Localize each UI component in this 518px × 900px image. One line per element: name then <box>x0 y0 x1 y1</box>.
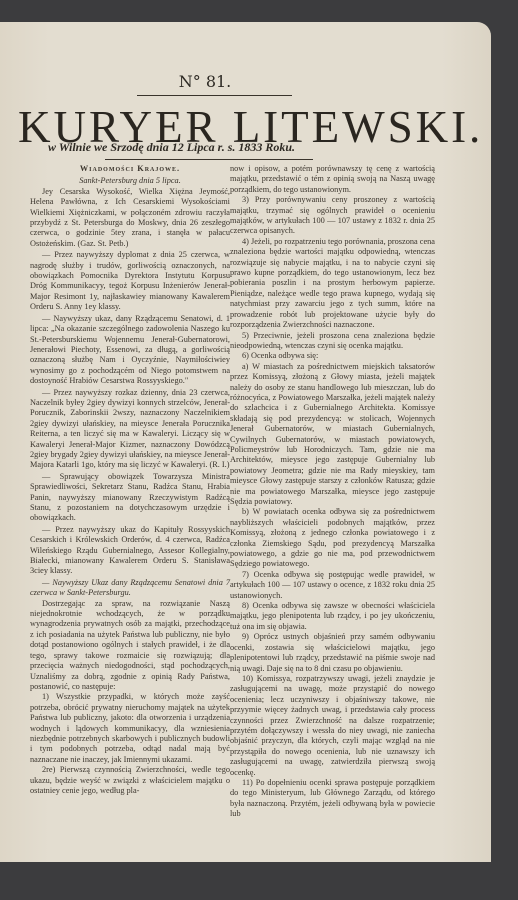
divider-rule <box>137 95 292 96</box>
article-paragraph: 1) Wszystkie przypadki, w których może z… <box>30 692 230 765</box>
article-paragraph: 10) Komissya, rozpatrzywszy uwagi, jeżel… <box>230 674 435 778</box>
ukaz-heading: — Naywyższy Ukaz dany Rządzącemu Senatow… <box>30 578 230 599</box>
place-date: Sankt-Petersburg dnia 5 lipca. <box>30 176 230 186</box>
article-paragraph: 2re) Pierwszą czynnością Zwierzchności, … <box>30 765 230 796</box>
article-paragraph: a) W miastach za pośrednictwem miejskich… <box>230 362 435 508</box>
right-column: now i opisow, a potém porównawszy tę cen… <box>230 164 435 820</box>
article-paragraph: — Naywyższy ukaz, dany Rządzącemu Senato… <box>30 314 230 387</box>
article-paragraph: — Przez naywyższy rozkaz dzienny, dnia 2… <box>30 388 230 471</box>
article-paragraph: 3) Przy porównywaniu ceny proszoney z wa… <box>230 195 435 237</box>
section-heading: Wiadomości Krajowe. <box>30 164 230 174</box>
article-paragraph: b) W powiatach ocenka odbywa się za pośr… <box>230 507 435 569</box>
article-paragraph: Dostrzegając za spraw, na rozwiązanie Na… <box>30 599 230 693</box>
article-paragraph: 9) Oprócz ustnych objaśnień przy samém o… <box>230 632 435 674</box>
dateline: w Wilnie we Srzodę dnia 12 Lipca r. s. 1… <box>48 140 295 155</box>
article-paragraph: Jey Cesarska Wysokość, Wielka Xiężna Jey… <box>30 187 230 249</box>
article-paragraph: 4) Jeżeli, po rozpatrzeniu tego porównan… <box>230 237 435 331</box>
article-paragraph: — Przez naywyższy dyplomat z dnia 25 cze… <box>30 250 230 312</box>
article-paragraph: — Sprawujący obowiązek Towarzysza Minist… <box>30 472 230 524</box>
article-paragraph: 8) Ocenka odbywa się zawsze w obecności … <box>230 601 435 632</box>
article-paragraph: 6) Ocenka odbywa się: <box>230 351 435 361</box>
article-paragraph: 5) Przeciwnie, jeżeli proszona cena znal… <box>230 331 435 352</box>
article-paragraph: now i opisow, a potém porównawszy tę cen… <box>230 164 435 195</box>
article-paragraph: 11) Po dopełnieniu ocenki sprawa postępu… <box>230 778 435 820</box>
left-column: Wiadomości Krajowe. Sankt-Petersburg dni… <box>30 164 230 796</box>
issue-number: N° 81. <box>0 72 410 91</box>
divider-rule <box>105 159 313 160</box>
article-paragraph: — Przez naywyższy ukaz do Kapituły Rossy… <box>30 525 230 577</box>
newspaper-page: N° 81. KURYER LITEWSKI. w Wilnie we Srzo… <box>0 22 491 862</box>
article-paragraph: 7) Ocenka odbywa się postępując wedle pr… <box>230 570 435 601</box>
